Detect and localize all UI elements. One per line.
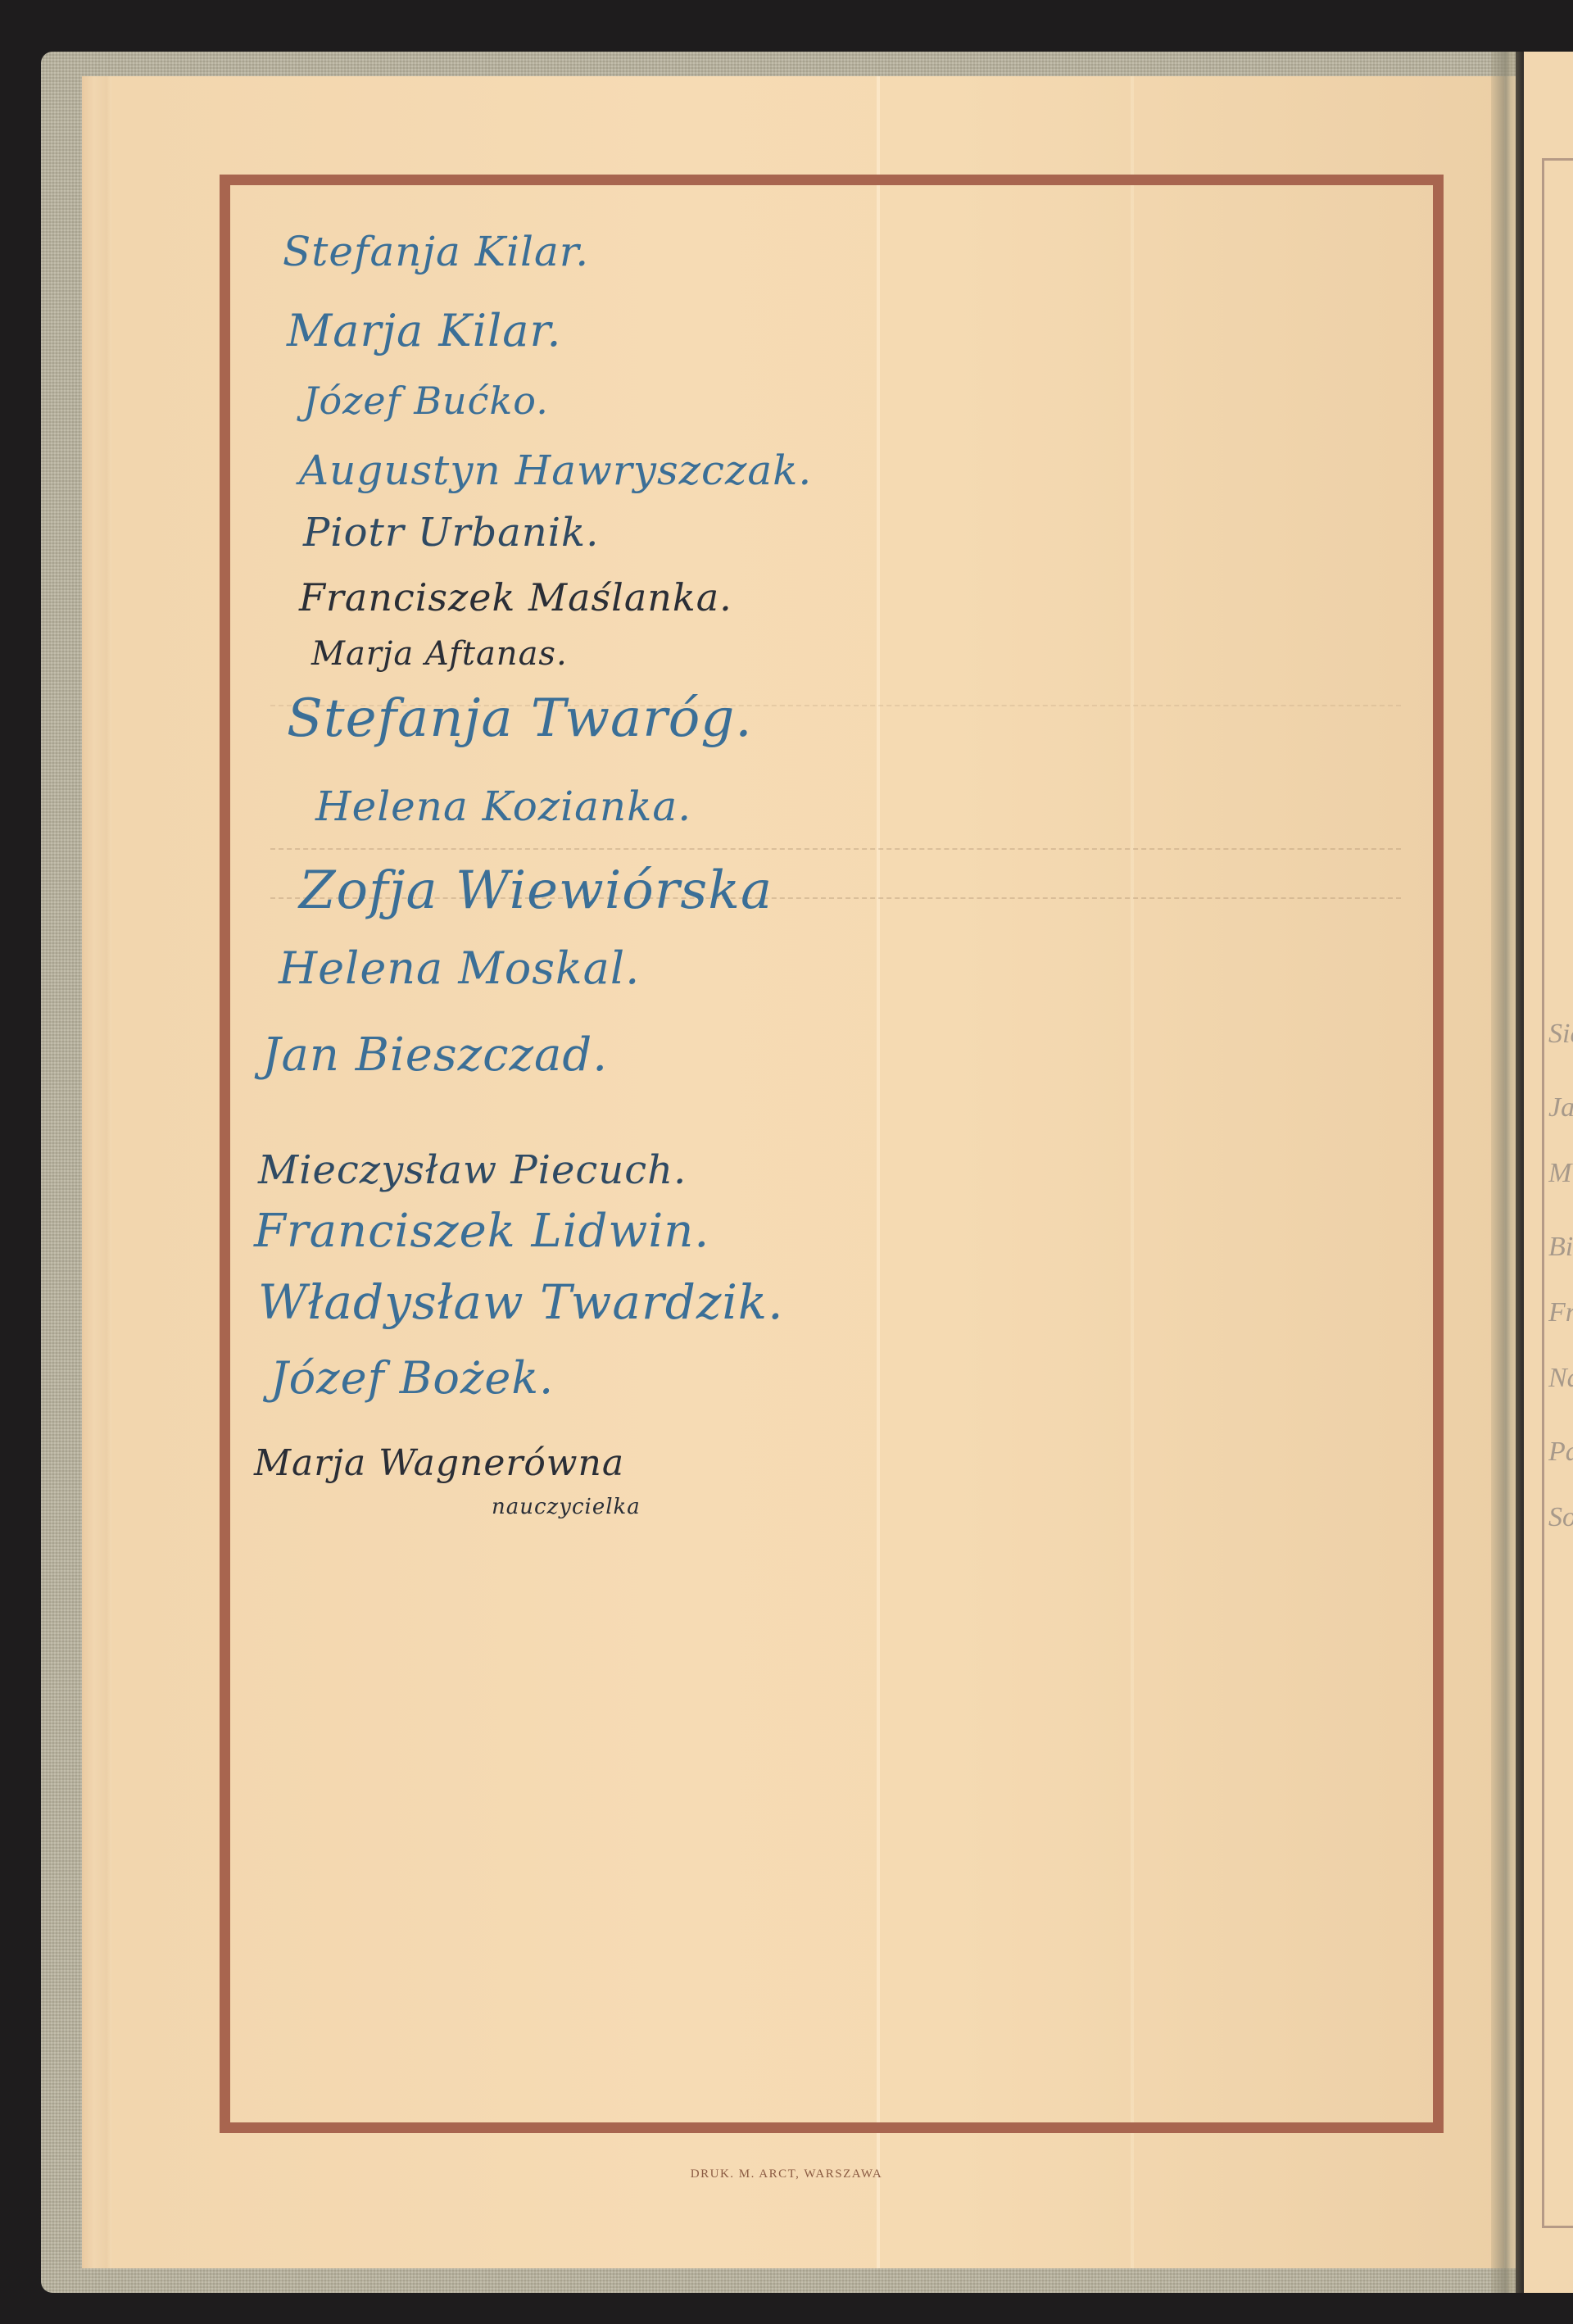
right-page-text: Mikol <box>1548 1158 1573 1189</box>
signature: Marja Wagnerówna <box>254 1442 624 1484</box>
teacher-signature: Marja Wagnerówna nauczycielka <box>254 1442 624 1484</box>
right-page-text: Nau <box>1548 1363 1573 1394</box>
signature: Augustyn Hawryszczak. <box>299 447 812 494</box>
right-page-text: Sobo <box>1548 1502 1573 1533</box>
book-spine-gutter <box>1491 52 1524 2293</box>
right-page-text: Fran <box>1548 1297 1573 1328</box>
signature: Władysław Twardzik. <box>258 1274 784 1330</box>
signature: Jan Bieszczad. <box>262 1028 608 1082</box>
signer-title: nauczycielka <box>492 1495 641 1519</box>
signature: Mieczysław Piecuch. <box>258 1147 687 1193</box>
right-page-edge: Sie Jadw Mikol Bierw Fran Nau Pan Sobo <box>1524 52 1573 2293</box>
signature: Zofja Wiewiórska <box>299 860 773 921</box>
signature: Józef Bożek. <box>270 1352 554 1404</box>
signature: Marja Aftanas. <box>311 635 568 673</box>
printer-imprint: DRUK. M. ARCT, WARSZAWA <box>0 2167 1573 2181</box>
signature: Helena Moskal. <box>279 942 640 994</box>
right-page-text: Jadw <box>1548 1092 1573 1123</box>
right-page-text: Sie <box>1548 1019 1573 1050</box>
signature: Piotr Urbanik. <box>303 510 599 556</box>
signature: Franciszek Maślanka. <box>299 575 732 620</box>
right-page-frame <box>1542 158 1573 2228</box>
right-page-text: Bierw <box>1548 1232 1573 1263</box>
right-page-text: Pan <box>1548 1437 1573 1468</box>
signature: Stefanja Kilar. <box>283 228 589 275</box>
signature: Stefanja Twaróg. <box>287 688 753 749</box>
signature: Franciszek Lidwin. <box>254 1205 709 1258</box>
signature: Marja Kilar. <box>287 305 562 356</box>
signature: Helena Kozianka. <box>315 783 691 830</box>
signature: Józef Bućko. <box>303 379 549 423</box>
